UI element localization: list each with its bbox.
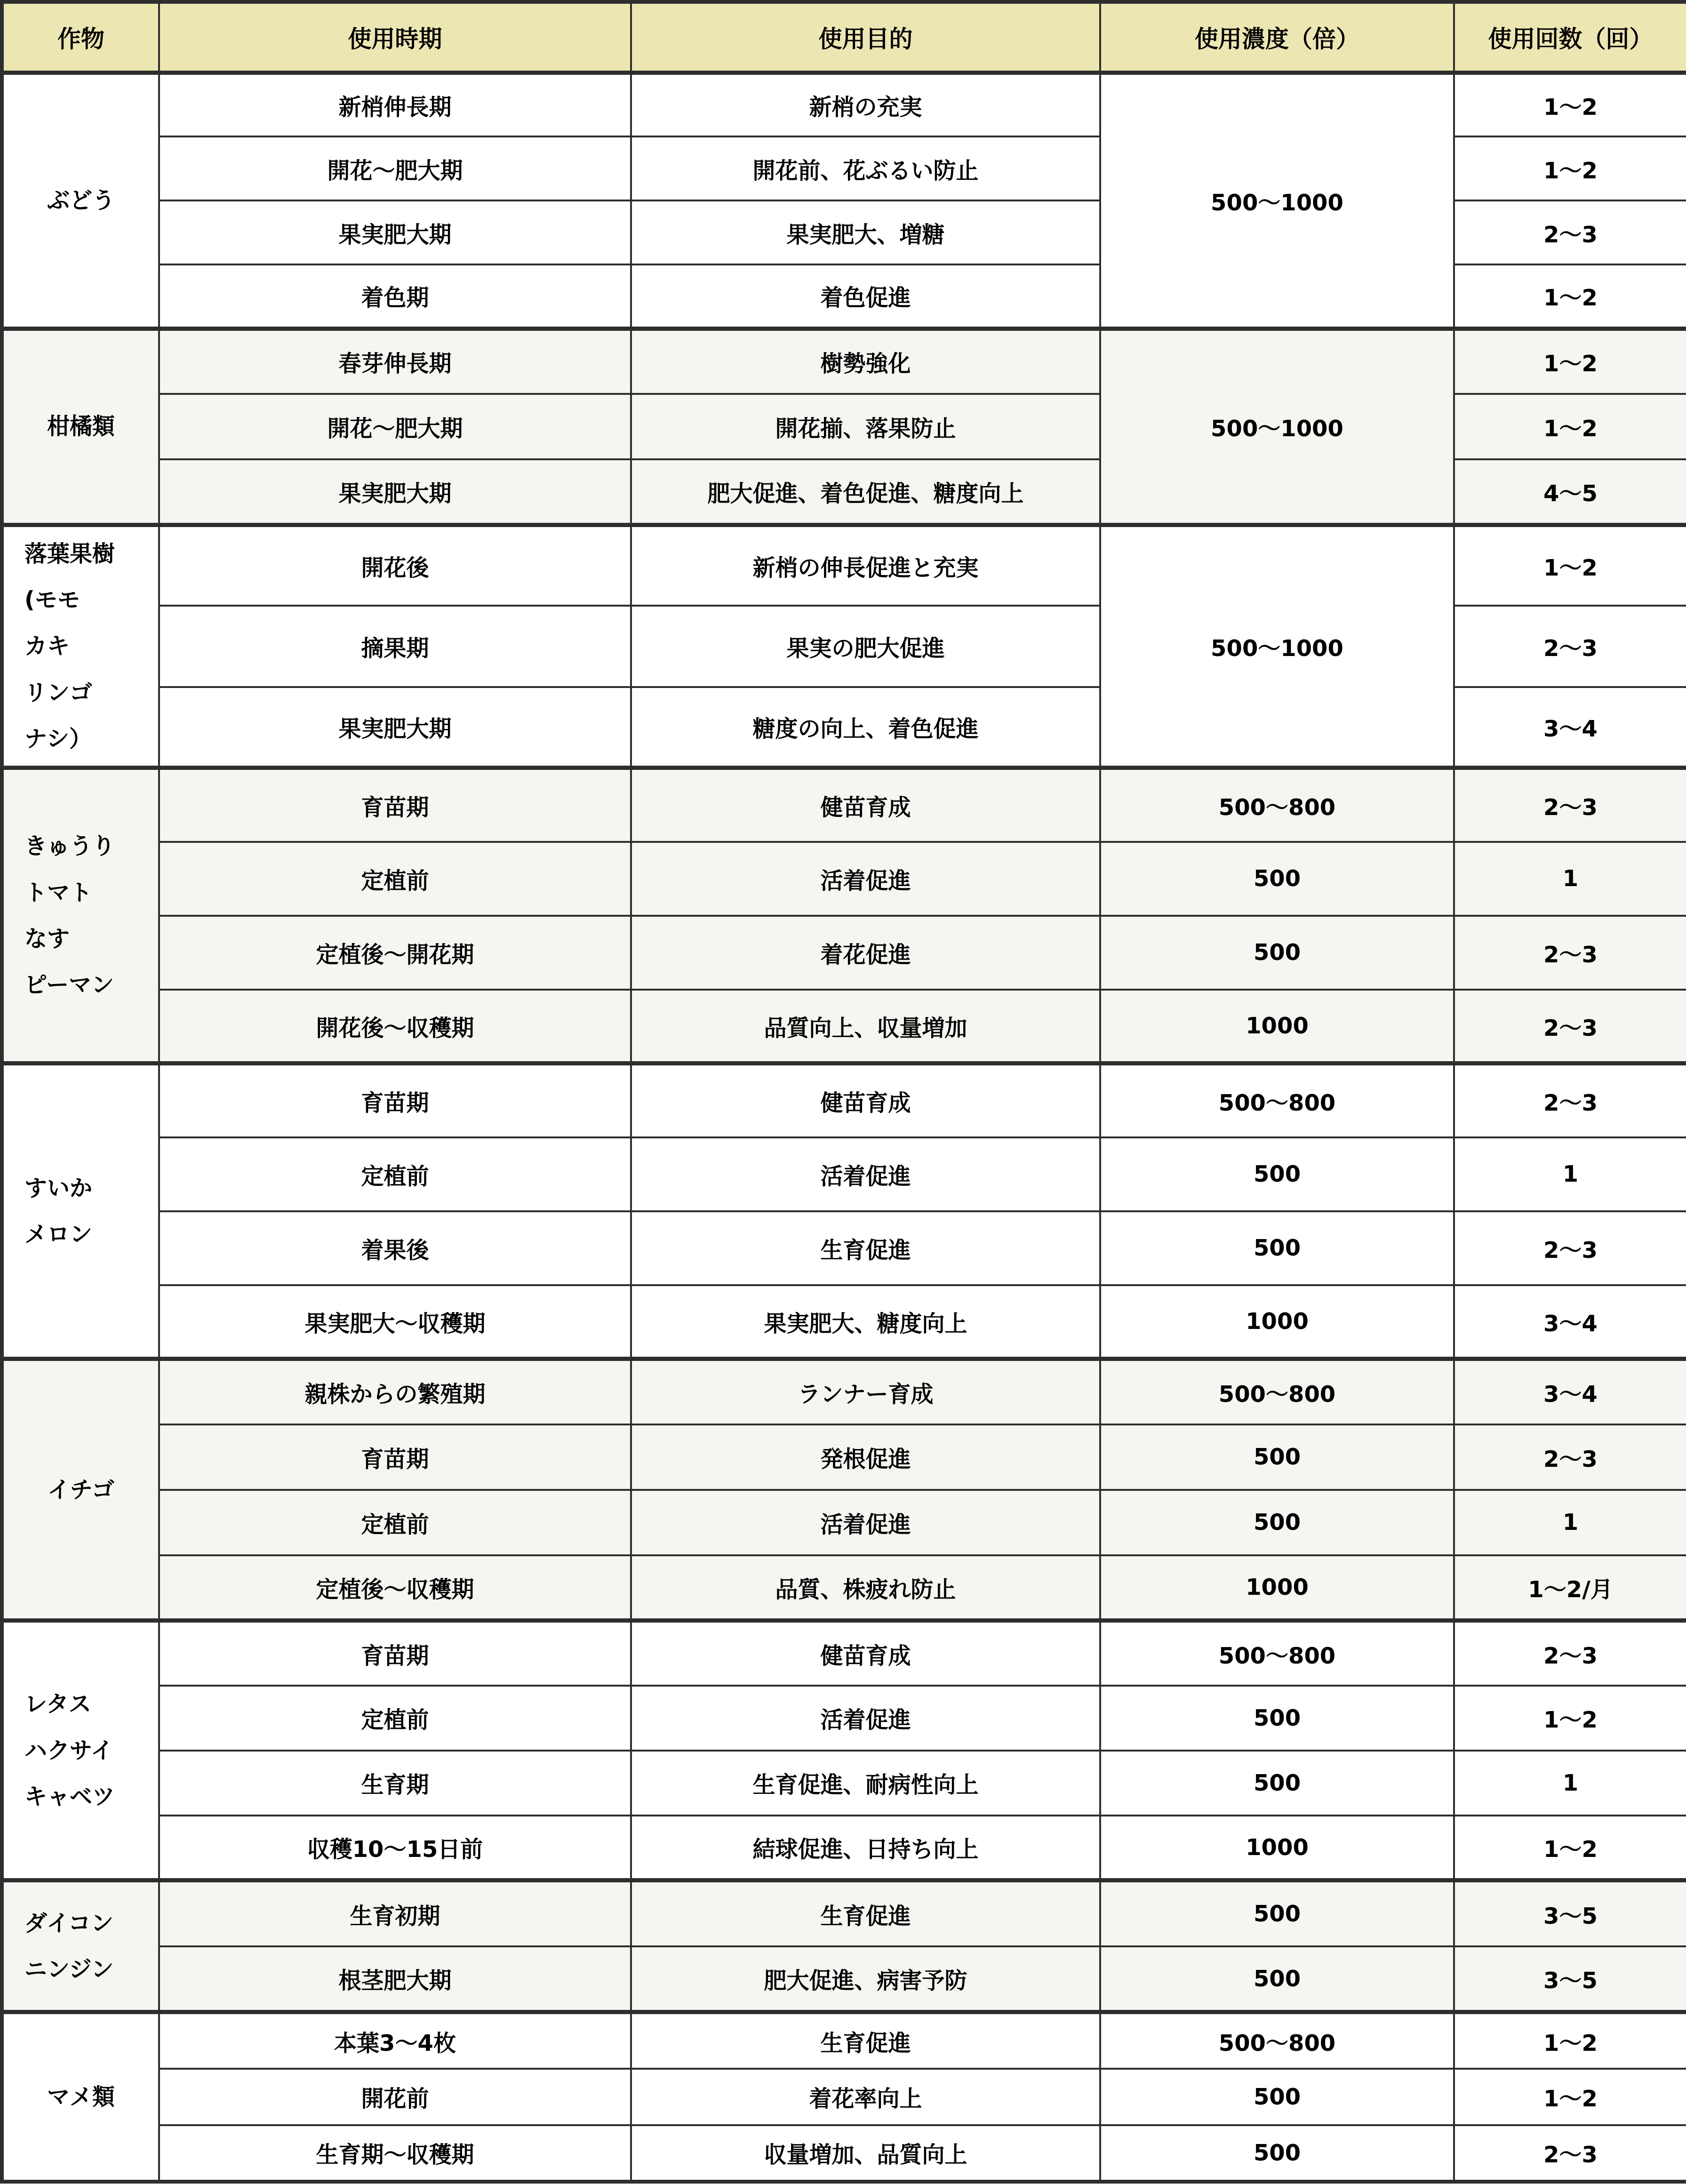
period-cell: 開花〜肥大期 [159,136,631,200]
period-cell: 摘果期 [159,606,631,687]
crop-cell: すいかメロン [2,1064,159,1359]
purpose-cell: 新梢の充実 [631,72,1100,136]
period-cell: 春芽伸長期 [159,328,631,394]
count-cell: 1〜2 [1454,136,1686,200]
purpose-cell: 果実肥大、糖度向上 [631,1285,1100,1359]
concentration-cell: 1000 [1100,990,1454,1064]
period-cell: 開花前 [159,2069,631,2125]
count-cell: 2〜3 [1454,990,1686,1064]
concentration-cell: 500 [1100,916,1454,990]
column-header-2: 使用目的 [631,2,1100,72]
purpose-cell: 着花促進 [631,916,1100,990]
count-cell: 1〜2 [1454,2069,1686,2125]
count-cell: 1〜2 [1454,264,1686,328]
count-cell: 1〜2 [1454,525,1686,606]
concentration-cell: 500 [1100,842,1454,916]
period-cell: 親株からの繁殖期 [159,1359,631,1424]
purpose-cell: 果実肥大、増糖 [631,200,1100,264]
purpose-cell: 生育促進 [631,1880,1100,1946]
period-cell: 育苗期 [159,1424,631,1490]
count-cell: 2〜3 [1454,606,1686,687]
period-cell: 果実肥大期 [159,459,631,525]
period-cell: 生育期 [159,1751,631,1816]
concentration-cell: 500 [1100,1211,1454,1285]
period-cell: 果実肥大〜収穫期 [159,1285,631,1359]
crop-cell: 落葉果樹(モモカキリンゴナシ） [2,525,159,768]
period-cell: 育苗期 [159,1621,631,1686]
crop-cell: イチゴ [2,1359,159,1621]
period-cell: 育苗期 [159,1064,631,1137]
purpose-cell: 結球促進、日持ち向上 [631,1816,1100,1880]
period-cell: 開花後〜収穫期 [159,990,631,1064]
purpose-cell: 肥大促進、病害予防 [631,1946,1100,2012]
count-cell: 2〜3 [1454,1424,1686,1490]
crop-cell: ぶどう [2,72,159,328]
count-cell: 3〜5 [1454,1946,1686,2012]
period-cell: 収穫10〜15日前 [159,1816,631,1880]
count-cell: 2〜3 [1454,1621,1686,1686]
count-cell: 1 [1454,1490,1686,1555]
period-cell: 定植後〜収穫期 [159,1555,631,1621]
period-cell: 果実肥大期 [159,687,631,768]
period-cell: 定植前 [159,1137,631,1211]
count-cell: 3〜4 [1454,687,1686,768]
table-body: ぶどう新梢伸長期新梢の充実500〜10001〜2開花〜肥大期開花前、花ぶるい防止… [2,72,1686,2182]
concentration-cell: 500 [1100,1946,1454,2012]
concentration-cell: 500〜800 [1100,1621,1454,1686]
crop-cell: 柑橘類 [2,328,159,525]
period-cell: 定植前 [159,1686,631,1751]
purpose-cell: 新梢の伸長促進と充実 [631,525,1100,606]
purpose-cell: 肥大促進、着色促進、糖度向上 [631,459,1100,525]
count-cell: 2〜3 [1454,1064,1686,1137]
purpose-cell: 着色促進 [631,264,1100,328]
purpose-cell: 健苗育成 [631,768,1100,842]
concentration-cell: 500〜800 [1100,1064,1454,1137]
concentration-cell: 500 [1100,1880,1454,1946]
concentration-cell: 500 [1100,2125,1454,2182]
period-cell: 育苗期 [159,768,631,842]
purpose-cell: 果実の肥大促進 [631,606,1100,687]
column-header-0: 作物 [2,2,159,72]
concentration-cell: 500〜800 [1100,1359,1454,1424]
count-cell: 1 [1454,842,1686,916]
count-cell: 1〜2 [1454,72,1686,136]
period-cell: 着色期 [159,264,631,328]
purpose-cell: 品質、株疲れ防止 [631,1555,1100,1621]
count-cell: 1〜2 [1454,1686,1686,1751]
concentration-cell: 500〜1000 [1100,72,1454,328]
concentration-cell: 500〜1000 [1100,525,1454,768]
period-cell: 開花〜肥大期 [159,394,631,459]
count-cell: 1 [1454,1137,1686,1211]
column-header-4: 使用回数（回） [1454,2,1686,72]
crop-usage-table: 作物使用時期使用目的使用濃度（倍）使用回数（回） ぶどう新梢伸長期新梢の充実50… [0,0,1686,2184]
period-cell: 開花後 [159,525,631,606]
count-cell: 2〜3 [1454,768,1686,842]
count-cell: 1〜2 [1454,2012,1686,2069]
count-cell: 1〜2 [1454,394,1686,459]
concentration-cell: 1000 [1100,1555,1454,1621]
concentration-cell: 500 [1100,2069,1454,2125]
purpose-cell: 収量増加、品質向上 [631,2125,1100,2182]
period-cell: 新梢伸長期 [159,72,631,136]
purpose-cell: 活着促進 [631,842,1100,916]
concentration-cell: 500 [1100,1490,1454,1555]
period-cell: 果実肥大期 [159,200,631,264]
purpose-cell: ランナー育成 [631,1359,1100,1424]
concentration-cell: 500 [1100,1137,1454,1211]
crop-cell: レタスハクサイキャベツ [2,1621,159,1880]
purpose-cell: 開花揃、落果防止 [631,394,1100,459]
count-cell: 2〜3 [1454,1211,1686,1285]
crop-cell: ダイコンニンジン [2,1880,159,2012]
period-cell: 生育初期 [159,1880,631,1946]
period-cell: 定植前 [159,1490,631,1555]
period-cell: 定植後〜開花期 [159,916,631,990]
purpose-cell: 活着促進 [631,1686,1100,1751]
purpose-cell: 活着促進 [631,1137,1100,1211]
count-cell: 2〜3 [1454,2125,1686,2182]
concentration-cell: 500〜1000 [1100,328,1454,525]
purpose-cell: 生育促進、耐病性向上 [631,1751,1100,1816]
concentration-cell: 1000 [1100,1816,1454,1880]
purpose-cell: 健苗育成 [631,1621,1100,1686]
purpose-cell: 樹勢強化 [631,328,1100,394]
count-cell: 1〜2 [1454,328,1686,394]
crop-cell: きゅうりトマトなすピーマン [2,768,159,1064]
period-cell: 着果後 [159,1211,631,1285]
crop-cell: マメ類 [2,2012,159,2182]
purpose-cell: 活着促進 [631,1490,1100,1555]
column-header-3: 使用濃度（倍） [1100,2,1454,72]
purpose-cell: 健苗育成 [631,1064,1100,1137]
count-cell: 3〜4 [1454,1285,1686,1359]
purpose-cell: 発根促進 [631,1424,1100,1490]
count-cell: 1〜2/月 [1454,1555,1686,1621]
count-cell: 2〜3 [1454,200,1686,264]
purpose-cell: 生育促進 [631,2012,1100,2069]
concentration-cell: 500 [1100,1751,1454,1816]
period-cell: 本葉3〜4枚 [159,2012,631,2069]
count-cell: 1〜2 [1454,1816,1686,1880]
count-cell: 4〜5 [1454,459,1686,525]
purpose-cell: 品質向上、収量増加 [631,990,1100,1064]
period-cell: 根茎肥大期 [159,1946,631,2012]
concentration-cell: 500〜800 [1100,2012,1454,2069]
period-cell: 生育期〜収穫期 [159,2125,631,2182]
count-cell: 3〜5 [1454,1880,1686,1946]
column-header-1: 使用時期 [159,2,631,72]
count-cell: 2〜3 [1454,916,1686,990]
count-cell: 3〜4 [1454,1359,1686,1424]
period-cell: 定植前 [159,842,631,916]
table-header-row: 作物使用時期使用目的使用濃度（倍）使用回数（回） [2,2,1686,72]
concentration-cell: 500 [1100,1686,1454,1751]
concentration-cell: 500 [1100,1424,1454,1490]
concentration-cell: 500〜800 [1100,768,1454,842]
purpose-cell: 着花率向上 [631,2069,1100,2125]
purpose-cell: 開花前、花ぶるい防止 [631,136,1100,200]
purpose-cell: 生育促進 [631,1211,1100,1285]
purpose-cell: 糖度の向上、着色促進 [631,687,1100,768]
concentration-cell: 1000 [1100,1285,1454,1359]
count-cell: 1 [1454,1751,1686,1816]
